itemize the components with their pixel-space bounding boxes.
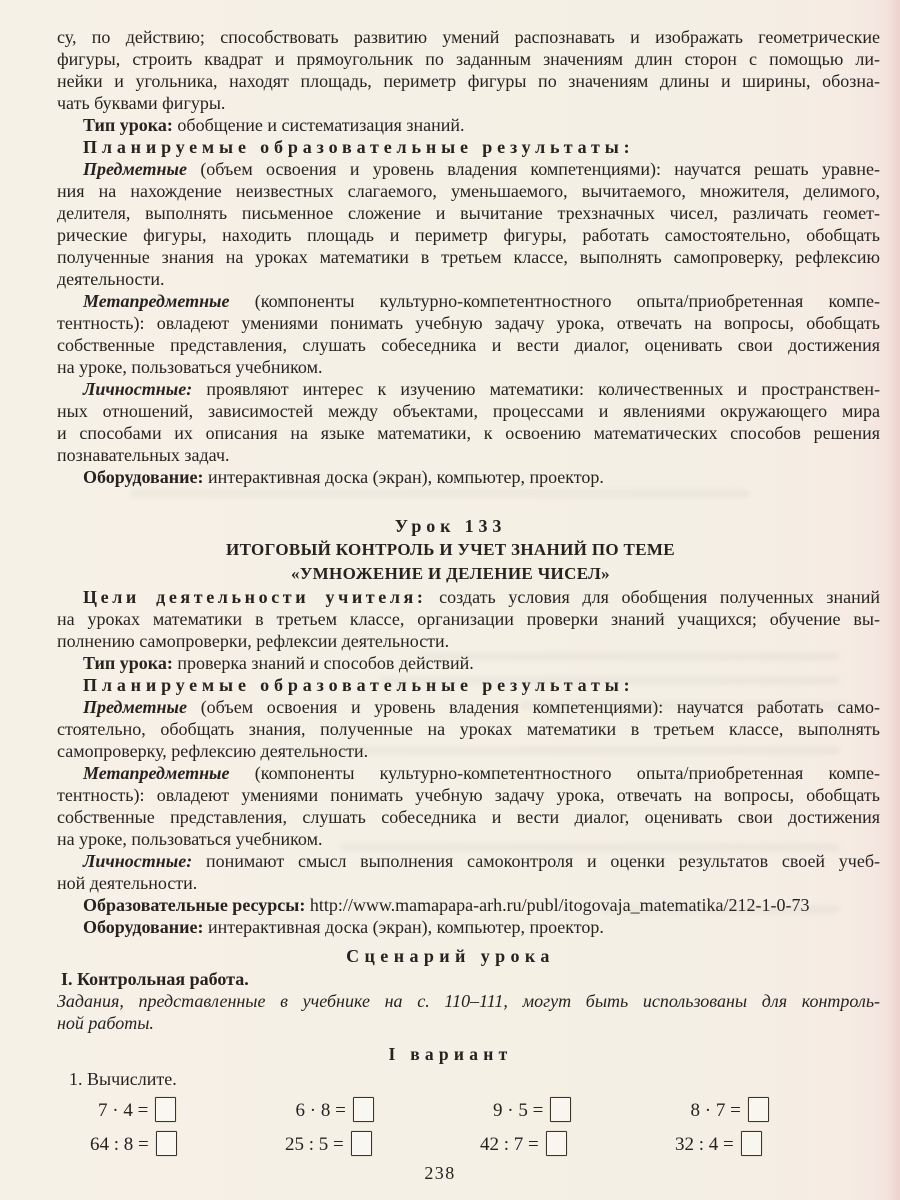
paragraph-line: собственные представления, слушать собес…: [57, 806, 880, 828]
variant-heading: I вариант: [39, 1042, 862, 1066]
paragraph-line: Метапредметные (компоненты культурно-ком…: [57, 290, 880, 312]
paragraph-text: создать условия для обобщения полученных…: [439, 587, 880, 607]
subject-results-lead: Предметные: [83, 697, 187, 717]
lesson-133-section: Урок 133 ИТОГОВЫЙ КОНТРОЛЬ И УЧЕТ ЗНАНИЙ…: [57, 514, 880, 1158]
paragraph-line: на уроках математики в третьем классе, о…: [57, 608, 880, 630]
paragraph-text: (компоненты культурно-компетентностного …: [255, 291, 880, 311]
paragraph-line: Метапредметные (компоненты культурно-ком…: [57, 762, 880, 784]
paragraph-text: (объем освоения и уровень владения компе…: [201, 697, 880, 717]
paragraph-line: собственные представления, слушать собес…: [57, 334, 880, 356]
resources-label: Образовательные ресурсы:: [83, 895, 305, 915]
lesson-type-line: Тип урока: проверка знаний и способов де…: [57, 652, 880, 674]
answer-box: [546, 1131, 567, 1156]
paragraph-line: су, по действию; способствовать развитию…: [57, 26, 880, 48]
meta-results-lead: Метапредметные: [83, 763, 230, 783]
equipment-line: Оборудование: интерактивная доска (экран…: [57, 466, 880, 488]
lesson-title-line2: «УМНОЖЕНИЕ И ДЕЛЕНИЕ ЧИСЕЛ»: [39, 562, 862, 586]
equations-row-1: 7 · 4 = 6 · 8 = 9 · 5 = 8 · 7 =: [90, 1094, 880, 1124]
paragraph-line: на уроке, пользоваться учебником.: [57, 356, 880, 378]
equipment-value: интерактивная доска (экран), компьютер, …: [208, 917, 604, 937]
equipment-label: Оборудование:: [83, 917, 204, 937]
paragraph-line: ния на нахождение неизвестных слагаемого…: [57, 180, 880, 202]
paragraph-line: тентность): овладеют умениями понимать у…: [57, 312, 880, 334]
equation: 9 · 5 =: [485, 1097, 683, 1122]
paragraph-line: Предметные (объем освоения и уровень вла…: [57, 696, 880, 718]
paragraph-line: делителя, выполнять письменное сложение …: [57, 202, 880, 224]
answer-box: [550, 1097, 571, 1122]
equipment-value: интерактивная доска (экран), компьютер, …: [208, 467, 604, 487]
lesson-type-label: Тип урока:: [83, 653, 173, 673]
subject-results-lead: Предметные: [83, 159, 187, 179]
lesson-title-line1: ИТОГОВЫЙ КОНТРОЛЬ И УЧЕТ ЗНАНИЙ ПО ТЕМЕ: [39, 538, 862, 562]
paragraph-text: (компоненты культурно-компетентностного …: [255, 763, 880, 783]
paragraph-line: тентность): овладеют умениями понимать у…: [57, 784, 880, 806]
note-line: ной работы.: [57, 1012, 880, 1034]
equation: 64 : 8 =: [90, 1131, 285, 1156]
paragraph-line: Личностные: проявляют интерес к изучению…: [57, 378, 880, 400]
control-work-heading: I. Контрольная работа.: [57, 968, 880, 990]
paragraph-line: полученные знания на уроках математики в…: [57, 246, 880, 268]
paragraph-text: проявляют интерес к изучению математики:…: [206, 379, 880, 399]
note-line: Задания, представленные в учебнике на с.…: [57, 990, 880, 1012]
equation: 7 · 4 =: [90, 1097, 288, 1122]
personal-results-lead: Личностные:: [83, 379, 192, 399]
paragraph-line: нейки и угольника, находят площадь, пери…: [57, 70, 880, 92]
answer-box: [741, 1131, 762, 1156]
paragraph-text: (объем освоения и уровень владения компе…: [200, 159, 880, 179]
paragraph-line: чать буквами фигуры.: [57, 92, 880, 114]
answer-box: [155, 1097, 176, 1122]
scanned-page: су, по действию; способствовать развитию…: [0, 0, 900, 1200]
paragraph-line: фигуры, строить квадрат и прямоугольник …: [57, 48, 880, 70]
paragraph-line: и способами их описания на языке математ…: [57, 422, 880, 444]
equation-expression: 42 : 7 =: [480, 1134, 539, 1155]
paragraph-line: Предметные (объем освоения и уровень вла…: [57, 158, 880, 180]
equations-row-2: 64 : 8 = 25 : 5 = 42 : 7 = 32 : 4 =: [90, 1128, 880, 1158]
lesson-type-value: проверка знаний и способов действий.: [177, 653, 473, 673]
answer-box: [156, 1131, 177, 1156]
equation: 42 : 7 =: [480, 1131, 675, 1156]
answer-box: [351, 1131, 372, 1156]
equipment-label: Оборудование:: [83, 467, 204, 487]
personal-results-lead: Личностные:: [83, 851, 192, 871]
paragraph-line: Личностные: понимают смысл выполнения са…: [57, 850, 880, 872]
equation-expression: 25 : 5 =: [285, 1134, 344, 1155]
teacher-goals-lead: Цели деятельности учителя:: [83, 587, 426, 607]
resources-url: http://www.mamapapa-arh.ru/publ/itogovaj…: [310, 895, 810, 915]
page-number: 238: [0, 1162, 880, 1184]
paragraph-line: ной деятельности.: [57, 872, 880, 894]
equation: 25 : 5 =: [285, 1131, 480, 1156]
lesson-number-heading: Урок 133: [39, 514, 862, 538]
paragraph-line: самопроверку, рефлексию деятельности.: [57, 740, 880, 762]
equation-expression: 6 · 8 =: [296, 1100, 346, 1121]
resources-line: Образовательные ресурсы: http://www.mama…: [57, 894, 880, 916]
equation: 32 : 4 =: [675, 1131, 870, 1156]
lesson-type-value: обобщение и систематизация знаний.: [177, 115, 464, 135]
equation: 8 · 7 =: [683, 1097, 881, 1122]
lesson-type-label: Тип урока:: [83, 115, 173, 135]
paragraph-line: Цели деятельности учителя: создать услов…: [57, 586, 880, 608]
page-content: су, по действию; способствовать развитию…: [0, 0, 900, 1158]
meta-results-lead: Метапредметные: [83, 291, 230, 311]
paragraph-line: ных отношений, зависимостей между объект…: [57, 400, 880, 422]
equation-expression: 8 · 7 =: [691, 1100, 741, 1121]
paragraph-line: полнению самопроверки, рефлексии деятель…: [57, 630, 880, 652]
equation-expression: 32 : 4 =: [675, 1134, 734, 1155]
paragraph-line: познавательных задач.: [57, 444, 880, 466]
planned-results-heading: Планируемые образовательные результаты:: [57, 136, 880, 158]
paragraph-line: рические фигуры, находить площадь и пери…: [57, 224, 880, 246]
lesson-type-line: Тип урока: обобщение и систематизация зн…: [57, 114, 880, 136]
answer-box: [748, 1097, 769, 1122]
previous-lesson-tail: су, по действию; способствовать развитию…: [57, 26, 880, 488]
equation-expression: 7 · 4 =: [98, 1100, 148, 1121]
equation: 6 · 8 =: [288, 1097, 486, 1122]
equation-expression: 64 : 8 =: [90, 1134, 149, 1155]
paragraph-line: на уроке, пользоваться учебником.: [57, 828, 880, 850]
task-label: 1. Вычислите.: [57, 1068, 880, 1090]
equipment-line: Оборудование: интерактивная доска (экран…: [57, 916, 880, 938]
answer-box: [353, 1097, 374, 1122]
paragraph-line: деятельности.: [57, 268, 880, 290]
paragraph-line: стоятельно, обобщать знания, полученные …: [57, 718, 880, 740]
scenario-heading: Сценарий урока: [39, 944, 862, 968]
equation-expression: 9 · 5 =: [493, 1100, 543, 1121]
paragraph-text: понимают смысл выполнения самоконтроля и…: [206, 851, 880, 871]
planned-results-heading: Планируемые образовательные результаты:: [57, 674, 880, 696]
